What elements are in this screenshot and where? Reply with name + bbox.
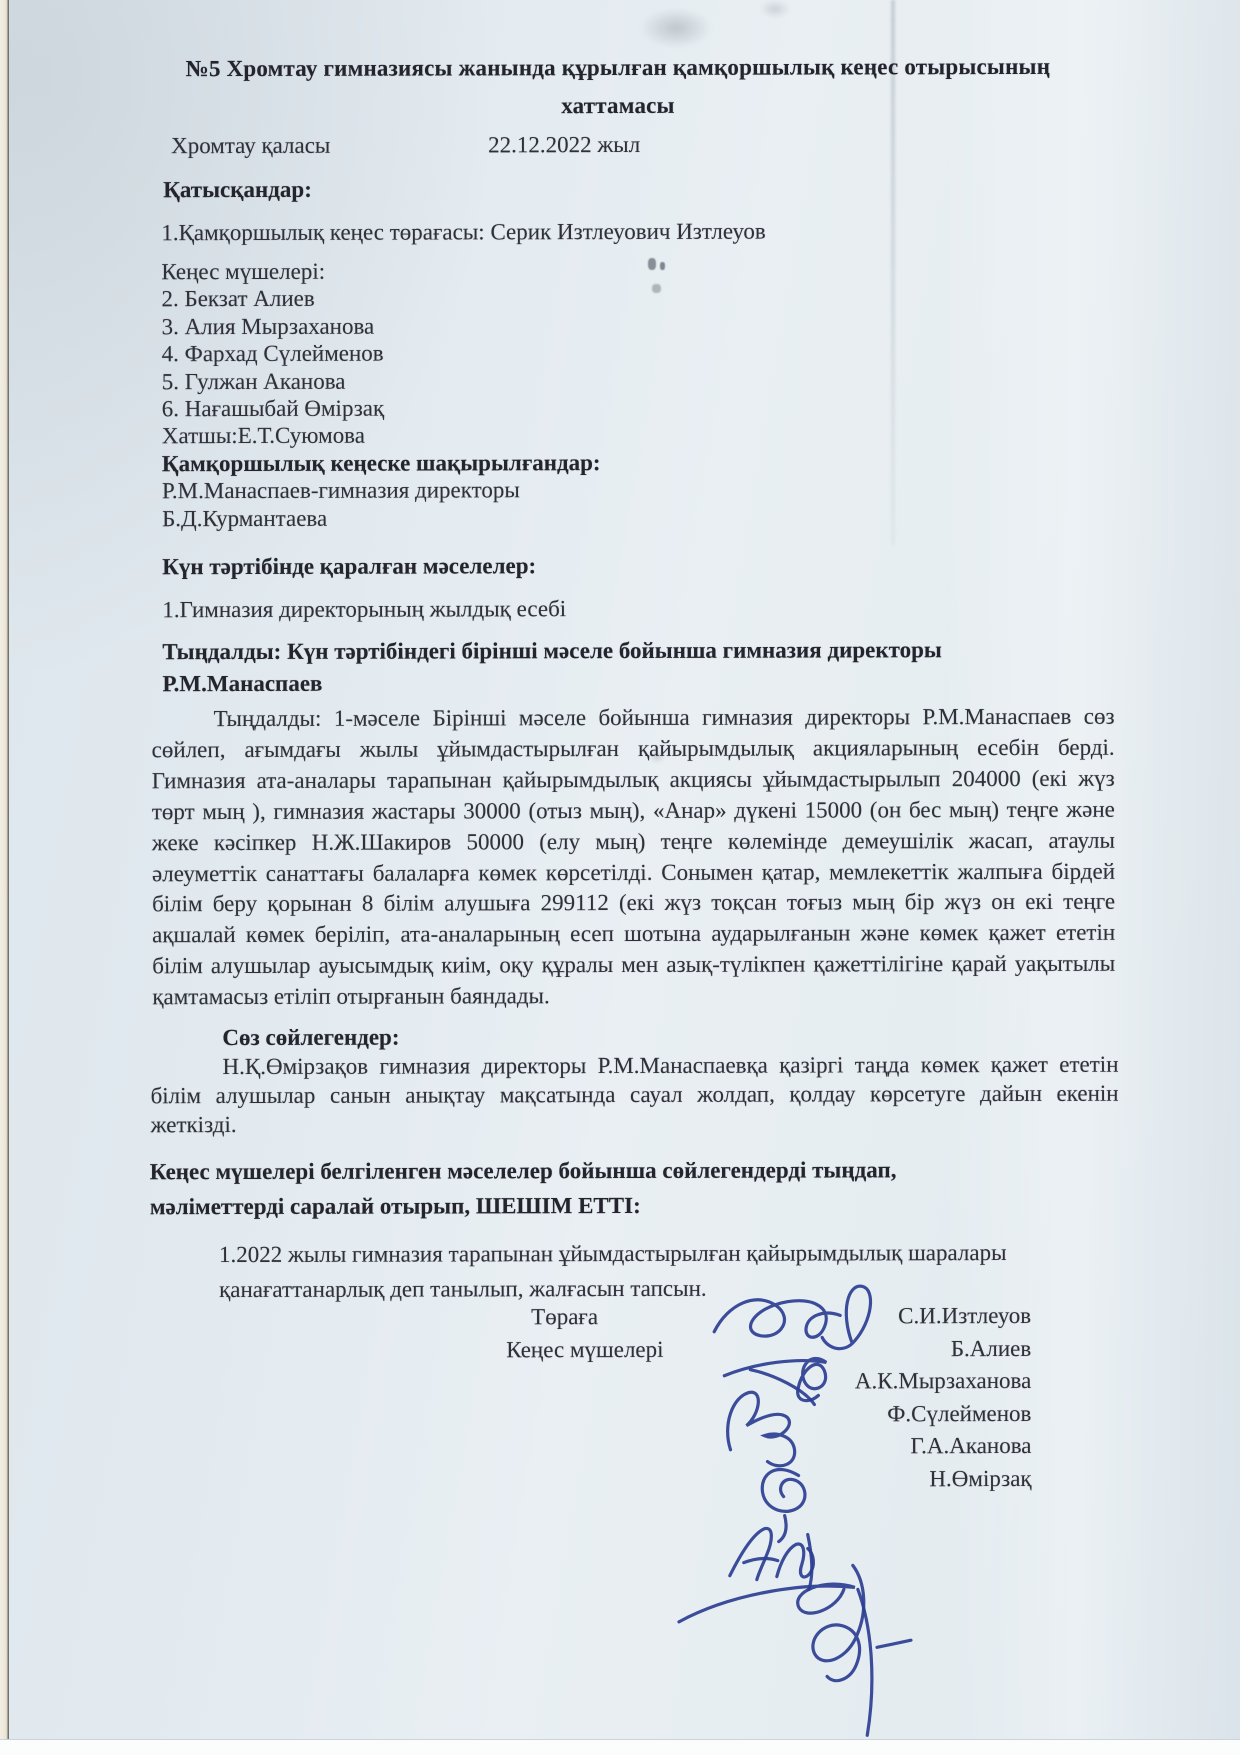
secretary-line: Хатшы:Е.Т.Суюмова xyxy=(162,421,601,450)
document-content: №5 Хромтау гимназиясы жанында құрылған қ… xyxy=(0,0,1240,1755)
participants-heading: Қатысқандар: xyxy=(163,176,312,203)
chairman-line: 1.Қамқоршылық кеңес төрағасы: Серик Изтл… xyxy=(161,218,766,247)
heard-paragraph: Тыңдалды: 1-мәселе Бірінші мәселе бойынш… xyxy=(152,702,1116,1014)
city-label: Хромтау қаласы xyxy=(171,132,330,159)
heard-heading: Тыңдалды: Күн тәртібіндегі бірінші мәсел… xyxy=(162,634,1042,700)
scan-edge-left xyxy=(0,0,9,1741)
decision-heading: Кеңес мүшелері белгіленген мәселелер бой… xyxy=(150,1152,985,1224)
members-label: Кеңес мүшелері: xyxy=(161,257,600,286)
member-item: 5. Гулжан Аканова xyxy=(162,367,601,396)
speakers-heading: Сөз сөйлегендер: xyxy=(222,1024,399,1051)
scanned-protocol-page: №5 Хромтау гимназиясы жанында құрылған қ… xyxy=(0,0,1240,1755)
scan-edge-bottom xyxy=(0,1739,1240,1755)
invited-item: Р.М.Манаспаев-гимназия директоры xyxy=(162,476,601,505)
speakers-paragraph: Н.Қ.Өмірзақов гимназия директоры Р.М.Ман… xyxy=(150,1050,1118,1140)
member-item: 6. Нағашыбай Өмірзақ xyxy=(162,394,601,423)
signature-chairman-label: Төраға xyxy=(531,1303,598,1330)
member-item: 4. Фархад Сүлейменов xyxy=(162,339,601,368)
member-item: 2. Бекзат Алиев xyxy=(161,284,600,313)
invited-heading: Қамқоршылық кеңеске шақырылғандар: xyxy=(162,449,601,478)
handwritten-signatures-ink xyxy=(656,1277,1087,1748)
invited-item: Б.Д.Курмантаева xyxy=(162,504,601,533)
document-title-line2: хаттамасы xyxy=(0,90,1238,120)
member-item: 3. Алия Мырзаханова xyxy=(162,312,601,341)
date-label: 22.12.2022 жыл xyxy=(488,131,640,158)
agenda-item: 1.Гимназия директорының жылдық есебі xyxy=(162,595,566,623)
participants-list: Кеңес мүшелері: 2. Бекзат Алиев 3. Алия … xyxy=(161,257,600,532)
document-title-line1: №5 Хромтау гимназиясы жанында құрылған қ… xyxy=(0,52,1238,82)
agenda-heading: Күн тәртібінде қаралған мәселелер: xyxy=(162,552,536,580)
signature-members-label: Кеңес мүшелері xyxy=(506,1336,663,1363)
